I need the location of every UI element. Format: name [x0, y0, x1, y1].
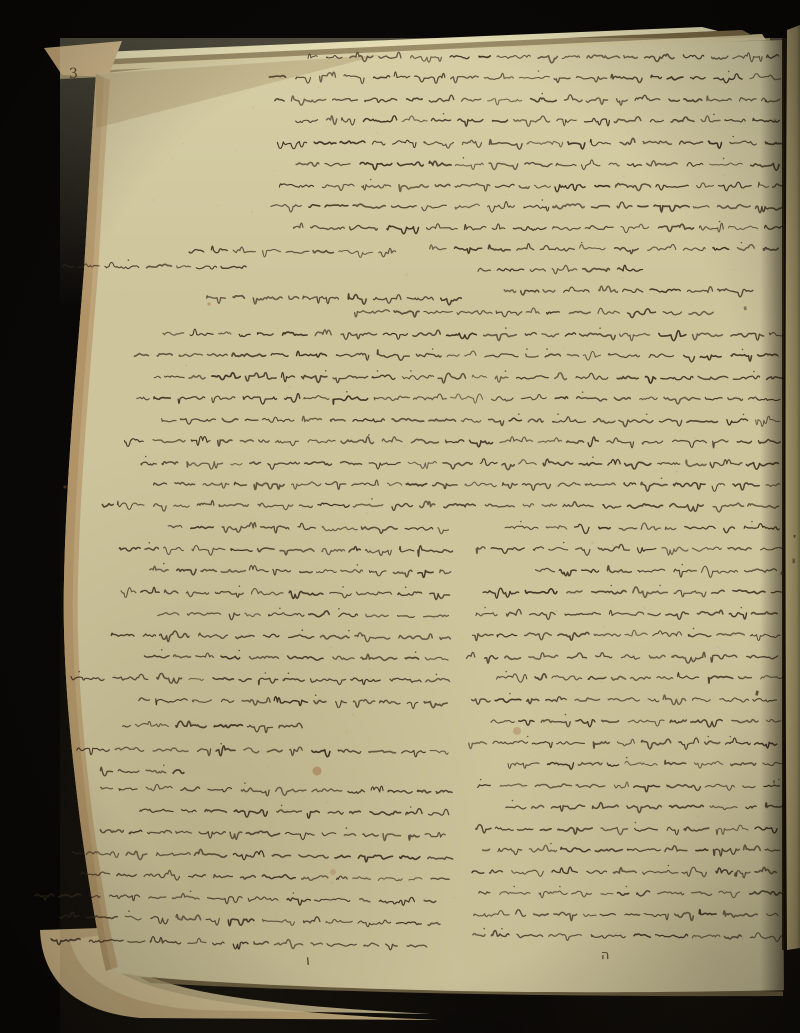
scanned-manuscript-photo: 3 ו ה [0, 0, 800, 1033]
manuscript-page-rendering [0, 0, 800, 1033]
catchword-right-column: ה [601, 948, 610, 963]
page-number: 3 [69, 66, 79, 82]
vignette [0, 0, 800, 1033]
